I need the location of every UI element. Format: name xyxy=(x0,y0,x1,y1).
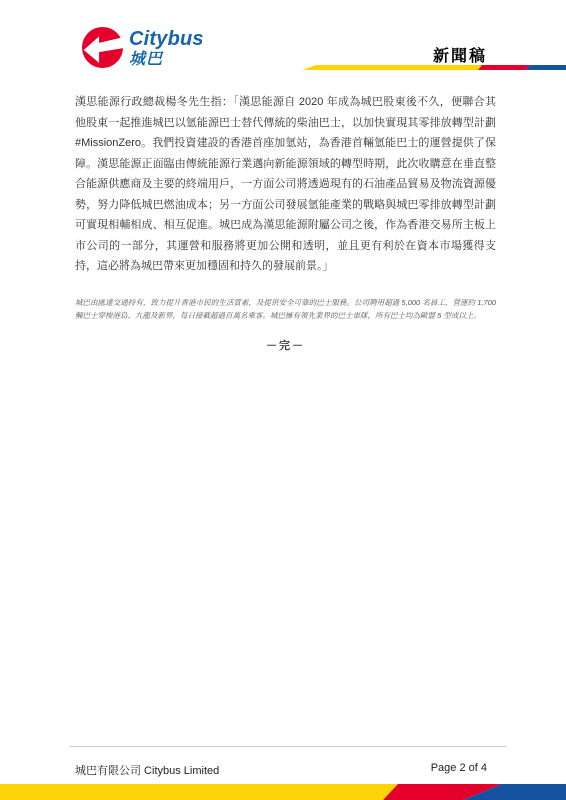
doc-type-label: 新聞稿 xyxy=(433,43,487,66)
citybus-logo-icon xyxy=(82,27,123,68)
bar-segment-yellow xyxy=(0,784,398,800)
end-marker: －完－ xyxy=(75,337,496,353)
header-brand-bar xyxy=(302,65,566,70)
press-release-page: Citybus 城巴 新聞稿 漢思能源行政總裁楊冬先生指：「漢思能源自 2020… xyxy=(0,0,566,800)
logo-brand-zh: 城巴 xyxy=(129,50,204,69)
main-paragraph: 漢思能源行政總裁楊冬先生指：「漢思能源自 2020 年成為城巴股東後不久，便聯合… xyxy=(75,92,496,277)
bar-segment-blue xyxy=(525,65,566,70)
logo-wordmark: Citybus 城巴 xyxy=(129,29,204,69)
bar-segment-yellow xyxy=(302,65,482,70)
footer-divider xyxy=(70,746,506,747)
logo-brand-en: Citybus xyxy=(129,29,204,50)
footer-page-indicator: Page 2 of 4 xyxy=(431,762,487,774)
footer-company-name: 城巴有限公司 Citybus Limited xyxy=(75,762,219,778)
bar-segment-red xyxy=(478,65,530,70)
footer-brand-bar xyxy=(0,784,566,800)
company-boilerplate: 城巴由匯達交通持有，致力提升香港市民的生活質素，及提供安全可靠的巴士服務。公司聘… xyxy=(75,296,496,322)
